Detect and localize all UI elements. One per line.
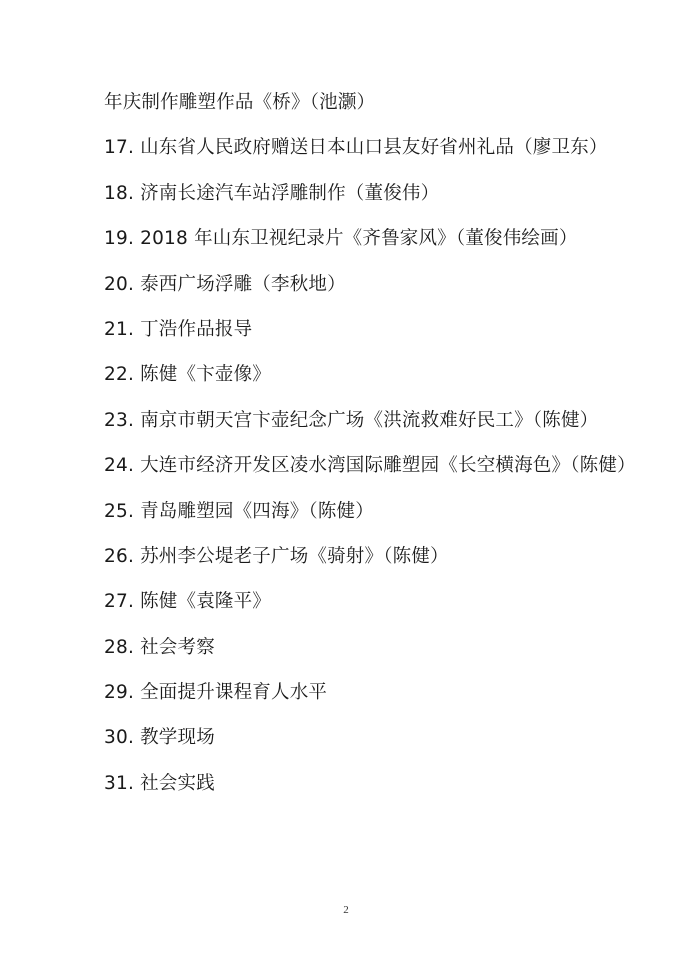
document-page: 年庆制作雕塑作品《桥》（池灏） 17. 山东省人民政府赠送日本山口县友好省州礼品…	[0, 0, 692, 978]
list-item-18: 18. 济南长途汽车站浮雕制作（董俊伟）	[104, 179, 624, 224]
list-item-26: 26. 苏州李公堤老子广场《骑射》（陈健）	[104, 542, 624, 587]
list-item-31: 31. 社会实践	[104, 769, 624, 814]
list-item-17: 17. 山东省人民政府赠送日本山口县友好省州礼品（廖卫东）	[104, 133, 624, 178]
list-item-25: 25. 青岛雕塑园《四海》（陈健）	[104, 497, 624, 542]
list-item-20: 20. 泰西广场浮雕（李秋地）	[104, 270, 624, 315]
list-item-continuation: 年庆制作雕塑作品《桥》（池灏）	[104, 88, 624, 133]
list-item-22: 22. 陈健《卞壶像》	[104, 360, 624, 405]
list-item-23: 23. 南京市朝天宫卞壶纪念广场《洪流救难好民工》（陈健）	[104, 406, 624, 451]
page-number: 2	[340, 904, 352, 916]
list-item-24: 24. 大连市经济开发区凌水湾国际雕塑园《长空横海色》（陈健）	[104, 451, 624, 496]
list-item-19: 19. 2018 年山东卫视纪录片《齐鲁家风》（董俊伟绘画）	[104, 224, 624, 269]
list-item-30: 30. 教学现场	[104, 723, 624, 768]
list-item-27: 27. 陈健《袁隆平》	[104, 587, 624, 632]
item-list: 年庆制作雕塑作品《桥》（池灏） 17. 山东省人民政府赠送日本山口县友好省州礼品…	[104, 88, 624, 814]
list-item-29: 29. 全面提升课程育人水平	[104, 678, 624, 723]
list-item-21: 21. 丁浩作品报导	[104, 315, 624, 360]
list-item-28: 28. 社会考察	[104, 633, 624, 678]
